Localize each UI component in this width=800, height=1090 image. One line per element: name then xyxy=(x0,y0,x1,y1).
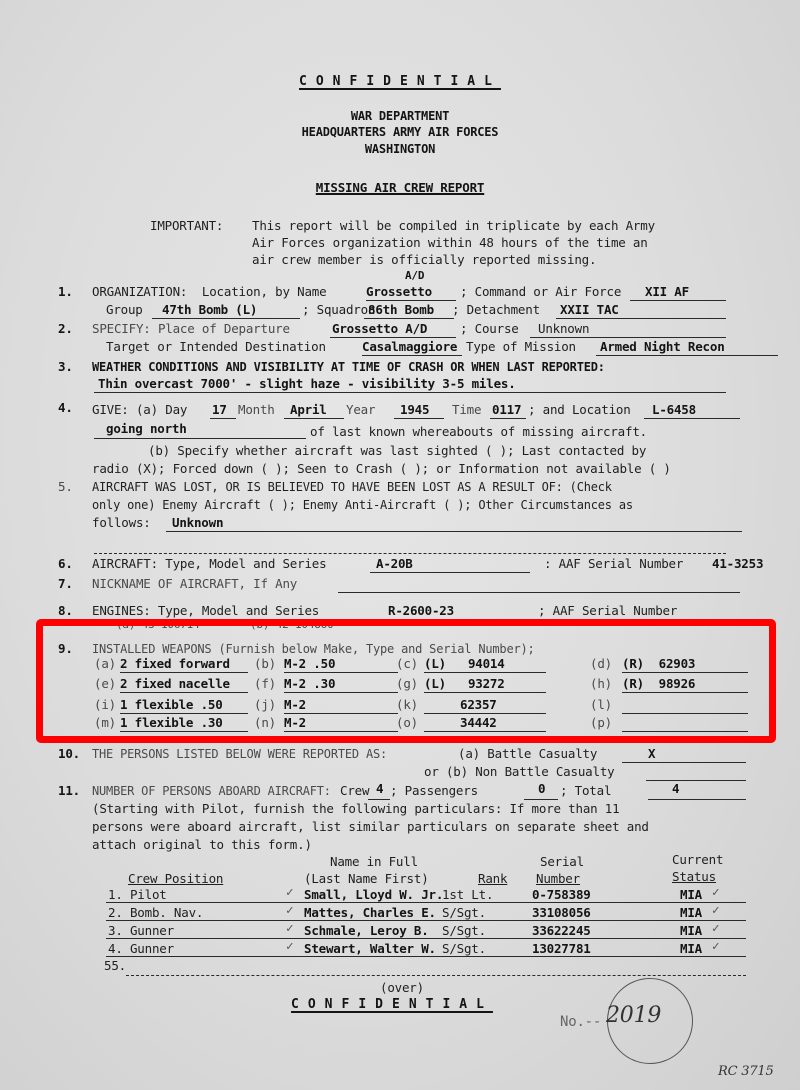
crew-serial: 33108056 xyxy=(532,905,591,921)
passengers-label: ; Passengers xyxy=(390,783,478,799)
crew-count: 4 xyxy=(376,781,383,797)
section-10-number: 10. xyxy=(58,746,80,762)
crew-serial: 13027781 xyxy=(532,941,591,957)
headquarters: HEADQUARTERS ARMY AIR FORCES xyxy=(0,124,800,140)
crew-position: 2. Bomb. Nav. xyxy=(108,905,203,921)
weather-label: WEATHER CONDITIONS AND VISIBILITY AT TIM… xyxy=(92,359,605,375)
nickname-label: NICKNAME OF AIRCRAFT, If Any xyxy=(92,576,297,592)
section-2-number: 2. xyxy=(58,321,73,337)
header-rank: Rank xyxy=(478,871,507,887)
non-battle-casualty-label: or (b) Non Battle Casualty xyxy=(424,764,614,780)
blank-row-number: 55. xyxy=(104,958,126,974)
check-mark-icon: ✓ xyxy=(286,884,293,900)
location-field: Grossetto xyxy=(366,284,432,300)
month-label: Month xyxy=(238,402,275,418)
crew-position: 1. Pilot xyxy=(108,887,167,903)
header-name-top: Name in Full xyxy=(330,854,418,870)
header-position: Crew Position xyxy=(128,871,223,887)
persons-aboard-label: NUMBER OF PERSONS ABOARD AIRCRAFT: xyxy=(92,783,331,799)
crew-name: Schmale, Leroy B. xyxy=(304,923,429,939)
year-label: Year xyxy=(346,402,375,418)
whereabouts-text: of last known whereabouts of missing air… xyxy=(310,424,647,440)
group-field: 47th Bomb (L) xyxy=(162,302,257,318)
section-8-number: 8. xyxy=(58,603,73,619)
battle-casualty-field: X xyxy=(648,746,655,762)
battle-casualty-label: (a) Battle Casualty xyxy=(458,746,597,762)
specify-label: SPECIFY: Place of Departure xyxy=(92,321,290,337)
check-mark-icon: ✓ xyxy=(286,920,293,936)
passengers-count: 0 xyxy=(538,781,545,797)
time-field: 0117 xyxy=(492,402,521,418)
mission-label: Type of Mission xyxy=(466,339,576,355)
total-count: 4 xyxy=(672,781,679,797)
stamp-number: 2019 xyxy=(606,1008,661,1024)
detachment-label: ; Detachment xyxy=(452,302,540,318)
highlight-box-section-9 xyxy=(36,619,776,743)
instructions-line-2: persons were aboard aircraft, list simil… xyxy=(92,819,649,835)
squadron-field: 86th Bomb xyxy=(368,302,434,318)
course-field: Unknown xyxy=(538,321,589,337)
location-label: ; and Location xyxy=(528,402,631,418)
circumstances-field: Unknown xyxy=(172,515,223,531)
header-status-top: Current xyxy=(672,852,723,868)
casualty-label: THE PERSONS LISTED BELOW WERE REPORTED A… xyxy=(92,746,387,762)
target-field: Casalmaggiore xyxy=(362,339,457,355)
section-3-number: 3. xyxy=(58,359,73,375)
crew-position: 4. Gunner xyxy=(108,941,174,957)
engine-type-field: R-2600-23 xyxy=(388,603,454,619)
crew-rank: S/Sgt. xyxy=(442,941,486,957)
target-label: Target or Intended Destination xyxy=(106,339,326,355)
aircraft-serial-field: 41-3253 xyxy=(712,556,763,572)
crew-status: MIA xyxy=(680,905,702,921)
total-label: ; Total xyxy=(560,783,611,799)
year-field: 1945 xyxy=(400,402,429,418)
classification-header: CONFIDENTIAL xyxy=(0,74,800,90)
crash-location-field: L-6458 xyxy=(652,402,696,418)
course-label: ; Course xyxy=(460,321,519,337)
check-mark-icon: ✓ xyxy=(712,902,719,918)
month-field: April xyxy=(290,402,327,418)
header-serial-top: Serial xyxy=(540,854,584,870)
check-mark-icon: ✓ xyxy=(712,884,719,900)
crew-serial: 0-758389 xyxy=(532,887,591,903)
follows-label: follows: xyxy=(92,515,151,531)
check-mark-icon: ✓ xyxy=(712,938,719,954)
command-field: XII AF xyxy=(645,284,689,300)
group-label: Group xyxy=(106,302,143,318)
crew-label: Crew xyxy=(340,783,369,799)
loss-cause-line-1: AIRCRAFT WAS LOST, OR IS BELIEVED TO HAV… xyxy=(92,479,612,495)
sighting-line-2: radio (X); Forced down ( ); Seen to Cras… xyxy=(92,461,671,477)
instructions-line-1: (Starting with Pilot, furnish the follow… xyxy=(92,801,619,817)
give-label: GIVE: (a) Day xyxy=(92,402,187,418)
city: WASHINGTON xyxy=(0,141,800,157)
organization-label: ORGANIZATION: Location, by Name xyxy=(92,284,326,300)
sighting-line-1: (b) Specify whether aircraft was last si… xyxy=(148,443,646,459)
check-mark-icon: ✓ xyxy=(286,902,293,918)
squadron-label: ; Squadron xyxy=(302,302,375,318)
section-7-number: 7. xyxy=(58,576,73,592)
check-mark-icon: ✓ xyxy=(712,920,719,936)
important-line-3: air crew member is officially reported m… xyxy=(252,252,596,268)
crew-position: 3. Gunner xyxy=(108,923,174,939)
weather-field: Thin overcast 7000' - slight haze - visi… xyxy=(98,376,516,392)
instructions-line-3: attach original to this form.) xyxy=(92,837,312,853)
crash-location-field-2: going north xyxy=(106,421,187,437)
file-code: RC 3715 xyxy=(718,1064,774,1080)
engine-serial-label: ; AAF Serial Number xyxy=(538,603,677,619)
time-label: Time xyxy=(452,402,481,418)
aircraft-type-label: AIRCRAFT: Type, Model and Series xyxy=(92,556,326,572)
form-title: MISSING AIR CREW REPORT xyxy=(0,180,800,196)
section-6-number: 6. xyxy=(58,556,73,572)
day-field: 17 xyxy=(212,402,227,418)
section-5-number: 5. xyxy=(58,479,73,495)
mission-field: Armed Night Recon xyxy=(600,339,725,355)
over-note: (over) xyxy=(380,980,424,996)
crew-name: Small, Lloyd W. Jr. xyxy=(304,887,443,903)
important-line-2: Air Forces organization within 48 hours … xyxy=(252,235,648,251)
department: WAR DEPARTMENT xyxy=(0,108,800,124)
crew-serial: 33622245 xyxy=(532,923,591,939)
aircraft-type-field: A-20B xyxy=(376,556,413,572)
detachment-field: XXII TAC xyxy=(560,302,619,318)
important-label: IMPORTANT: xyxy=(150,218,223,234)
ad-annotation: A/D xyxy=(405,268,424,284)
crew-rank: S/Sgt. xyxy=(442,905,486,921)
command-label: ; Command or Air Force xyxy=(460,284,621,300)
header-name-bottom: (Last Name First) xyxy=(304,871,429,887)
crew-name: Mattes, Charles E. xyxy=(304,905,436,921)
crew-rank: S/Sgt. xyxy=(442,923,486,939)
section-4-number: 4. xyxy=(58,400,73,416)
departure-field: Grossetto A/D xyxy=(332,321,427,337)
loss-cause-line-2: only one) Enemy Aircraft ( ); Enemy Anti… xyxy=(92,497,633,513)
header-status-bottom: Status xyxy=(672,869,716,885)
crew-name: Stewart, Walter W. xyxy=(304,941,436,957)
stamp-label: No.-- xyxy=(560,1014,601,1030)
document-page: CONFIDENTIAL WAR DEPARTMENT HEADQUARTERS… xyxy=(0,0,800,1090)
crew-status: MIA xyxy=(680,923,702,939)
important-line-1: This report will be compiled in triplica… xyxy=(252,218,655,234)
header-serial-bottom: Number xyxy=(536,871,580,887)
crew-status: MIA xyxy=(680,887,702,903)
section-11-number: 11. xyxy=(58,783,80,799)
crew-rank: 1st Lt. xyxy=(442,887,493,903)
section-1-number: 1. xyxy=(58,284,73,300)
crew-status: MIA xyxy=(680,941,702,957)
aircraft-serial-label: : AAF Serial Number xyxy=(544,556,683,572)
check-mark-icon: ✓ xyxy=(286,938,293,954)
